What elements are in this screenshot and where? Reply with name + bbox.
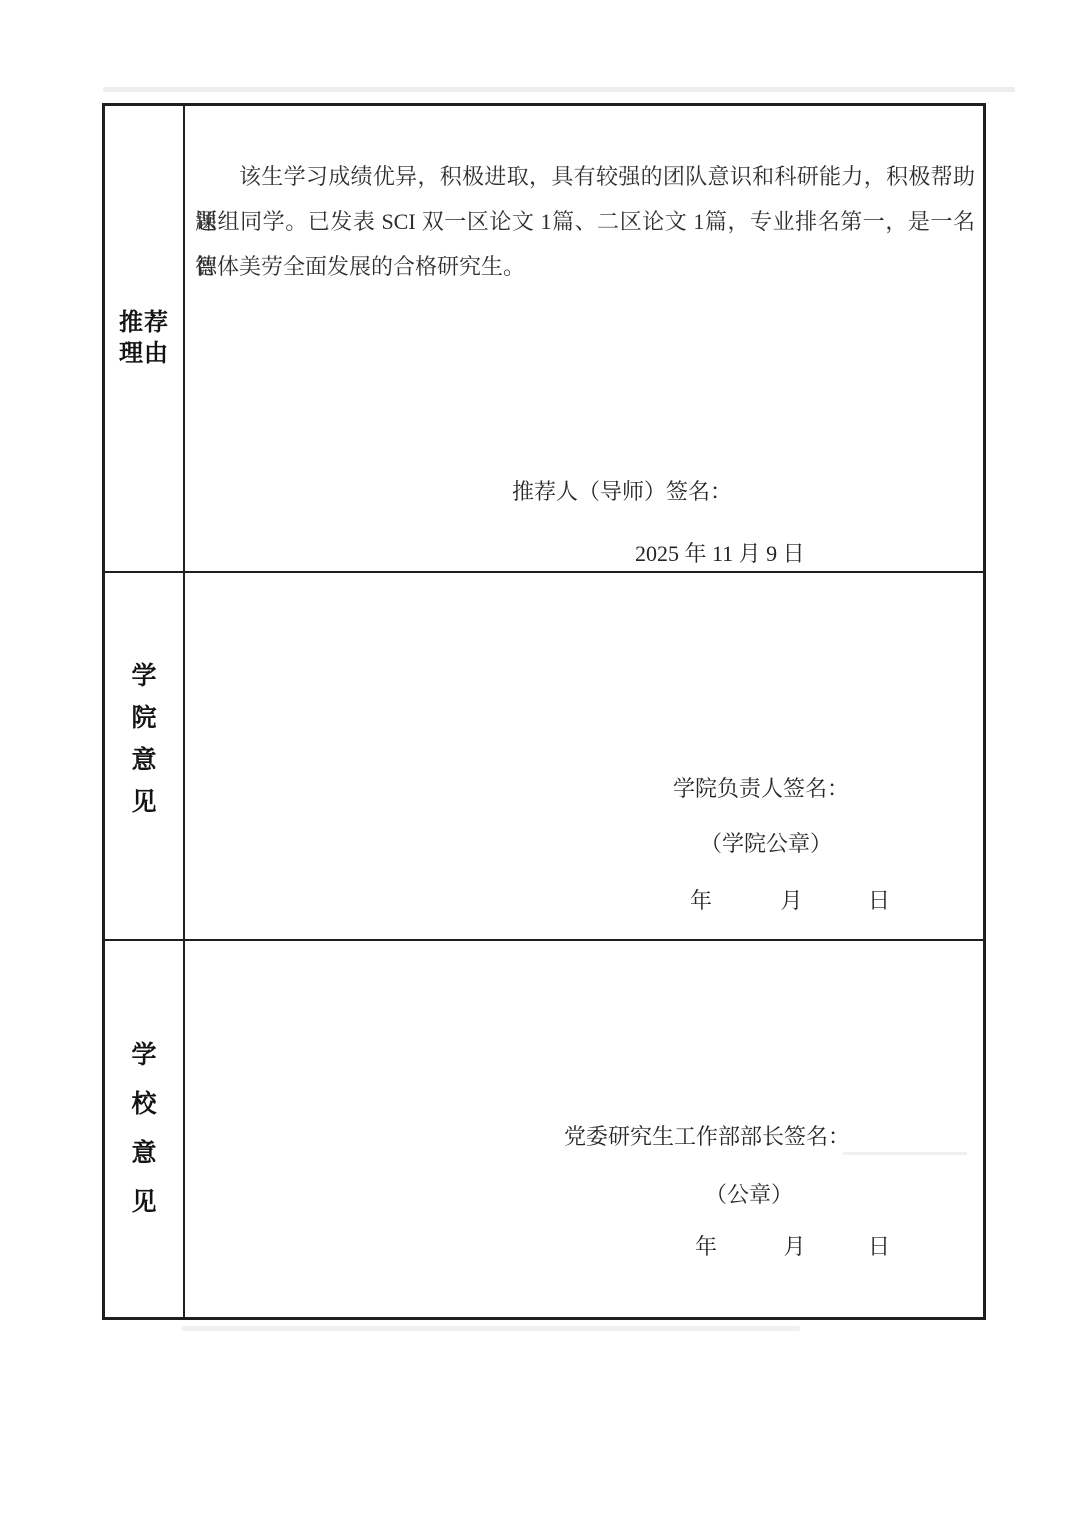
year-label: 年 <box>695 1235 717 1259</box>
label-char: 校 <box>131 1080 156 1129</box>
college-opinion-body-cell: 学院负责人签名： （学院公章） 年 月 日 <box>185 573 983 939</box>
paragraph-line: 智体美劳全面发展的合格研究生。 <box>195 244 975 289</box>
row-college-opinion: 学 院 意 见 学院负责人签名： （学院公章） 年 月 日 <box>105 573 983 941</box>
college-date-blank: 年 月 日 <box>690 889 890 913</box>
recommend-reason-label-cell: 推荐 理由 <box>105 106 185 571</box>
college-opinion-label-cell: 学 院 意 见 <box>105 573 185 939</box>
year-label: 年 <box>690 889 712 913</box>
supervisor-signature-label: 推荐人（导师）签名： <box>512 480 732 504</box>
day-label: 日 <box>868 889 890 913</box>
recommendation-form-table: 推荐 理由 该生学习成绩优异，积极进取，具有较强的团队意识和科研能力，积极帮助课… <box>102 103 986 1320</box>
university-opinion-label: 学 校 意 见 <box>131 1031 156 1227</box>
college-seal-label: （学院公章） <box>700 832 832 856</box>
paragraph-line: 题组同学。已发表 SCI 双一区论文 1篇、二区论文 1篇，专业排名第一，是一名… <box>195 199 975 244</box>
university-opinion-label-cell: 学 校 意 见 <box>105 941 185 1317</box>
university-opinion-body-cell: 党委研究生工作部部长签名： （公章） 年 月 日 <box>185 941 983 1317</box>
month-label: 月 <box>784 1235 806 1259</box>
label-char: 学 <box>131 656 156 698</box>
college-head-signature-label: 学院负责人签名： <box>673 777 849 801</box>
university-seal-label: （公章） <box>705 1183 793 1207</box>
label-char: 院 <box>131 698 156 740</box>
scanned-form-page: 推荐 理由 该生学习成绩优异，积极进取，具有较强的团队意识和科研能力，积极帮助课… <box>0 0 1080 1527</box>
recommend-paragraph: 该生学习成绩优异，积极进取，具有较强的团队意识和科研能力，积极帮助课 题组同学。… <box>195 154 975 289</box>
university-date-blank: 年 月 日 <box>695 1235 890 1259</box>
recommend-reason-body-cell: 该生学习成绩优异，积极进取，具有较强的团队意识和科研能力，积极帮助课 题组同学。… <box>185 106 983 571</box>
scan-artifact-bottom <box>182 1326 800 1331</box>
label-line: 理由 <box>119 339 169 370</box>
day-label: 日 <box>868 1235 890 1259</box>
row-university-opinion: 学 校 意 见 党委研究生工作部部长签名： （公章） 年 月 日 <box>105 941 983 1317</box>
label-line: 推荐 <box>119 308 169 339</box>
college-opinion-label: 学 院 意 见 <box>131 656 156 824</box>
label-char: 意 <box>131 1129 156 1178</box>
label-char: 学 <box>131 1031 156 1080</box>
party-committee-signature-label: 党委研究生工作部部长签名： <box>564 1125 850 1149</box>
month-label: 月 <box>781 889 803 913</box>
scan-artifact-top <box>103 87 1015 92</box>
recommend-reason-label: 推荐 理由 <box>119 308 169 370</box>
label-char: 见 <box>131 782 156 824</box>
label-char: 见 <box>131 1178 156 1227</box>
paragraph-line: 该生学习成绩优异，积极进取，具有较强的团队意识和科研能力，积极帮助课 <box>195 154 975 199</box>
row-recommend-reason: 推荐 理由 该生学习成绩优异，积极进取，具有较强的团队意识和科研能力，积极帮助课… <box>105 106 983 573</box>
label-char: 意 <box>131 740 156 782</box>
recommend-date: 2025 年 11 月 9 日 <box>635 542 805 566</box>
